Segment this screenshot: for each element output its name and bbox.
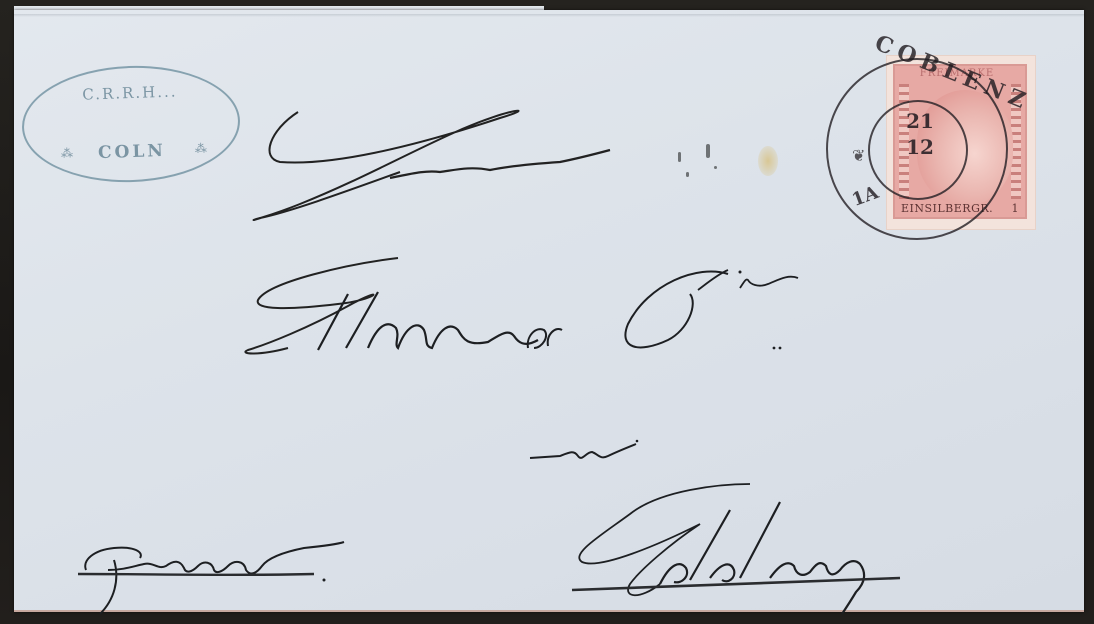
recipient-script-strokes	[228, 244, 828, 364]
coblenz-script-strokes	[570, 474, 910, 614]
salutation-handwriting: Herrn	[240, 100, 620, 230]
handstamp-top-text: C.R.R.H...	[23, 80, 237, 105]
destination-handwriting: Coblenz	[570, 474, 910, 614]
postmark-date: 21 12	[900, 108, 940, 160]
fold-shadow	[14, 14, 1084, 17]
stamp-value-numeral: 1	[1012, 202, 1020, 215]
handstamp-city-text: COLN	[25, 138, 240, 165]
ink-specks	[670, 140, 730, 180]
preposition-handwriting: in	[530, 440, 650, 470]
postmark-ornament-icon: ❦	[852, 146, 865, 165]
postmark-month: 12	[900, 134, 940, 160]
franco-annotation-handwriting: franco	[74, 530, 364, 620]
herrn-script-strokes	[240, 100, 620, 230]
recipient-handwriting: Schmer & Cie	[228, 244, 828, 364]
paper-stain	[758, 146, 778, 176]
postmark-day: 21	[900, 108, 940, 134]
franco-script-strokes	[74, 530, 364, 620]
in-script-strokes	[530, 440, 650, 470]
ornament-icon: ⁂	[195, 141, 207, 155]
